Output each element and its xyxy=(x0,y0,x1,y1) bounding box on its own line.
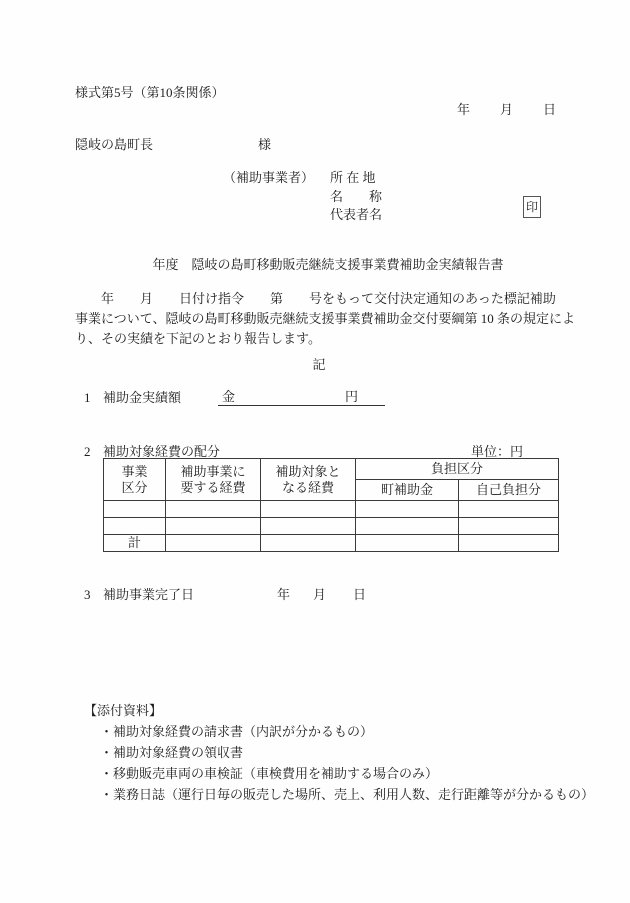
cell-eligible-expense-total xyxy=(261,535,356,552)
addressee-name: 隠岐の島町長 xyxy=(75,137,153,152)
amount-prefix: 金 xyxy=(222,388,235,405)
attachment-item: ・移動販売車両の車検証（車検費用を補助する場合のみ） xyxy=(100,765,438,782)
amount-suffix: 円 xyxy=(345,388,358,405)
cell-self-burden-total xyxy=(459,535,559,552)
header-town-subsidy: 町補助金 xyxy=(356,480,459,501)
table-total-row: 計 xyxy=(104,535,559,552)
amount-fill-in-blank: 金 円 xyxy=(218,388,385,406)
item-subsidy-actual-amount: 1 補助金実績額 金 円 xyxy=(0,389,630,409)
date-year-label: 年 xyxy=(457,101,470,118)
date-header: 年 月 日 xyxy=(457,101,556,118)
expense-allocation-table: 事業 区分 補助事業に 要する経費 補助対象と なる経費 負担区分 町補助金 自… xyxy=(103,458,559,552)
completion-year-label: 年 xyxy=(277,586,290,603)
header-business-category-line2: 区分 xyxy=(104,480,165,496)
header-business-category: 事業 区分 xyxy=(104,459,166,501)
item3-label: 補助事業完了日 xyxy=(103,586,194,603)
cell-town-subsidy-total xyxy=(356,535,459,552)
header-required-expense: 補助事業に 要する経費 xyxy=(166,459,261,501)
cell-self-burden xyxy=(459,518,559,535)
item1-number: 1 xyxy=(84,389,91,406)
body-paragraph: 年 月 日付け指令 第 号をもって交付決定通知のあった標記補助 事業について、隠… xyxy=(75,290,575,350)
report-form-page: 様式第5号（第10条関係） 年 月 日 隠岐の島町長 様 （補助事業者） 所 在… xyxy=(0,0,630,903)
applicant-label: （補助事業者） xyxy=(223,170,314,185)
attachment-item: ・補助対象経費の請求書（内訳が分かるもの） xyxy=(100,723,373,740)
body-line: 年 月 日付け指令 第 号をもって交付決定通知のあった標記補助 xyxy=(75,290,575,310)
completion-day-label: 日 xyxy=(353,586,366,603)
header-self-burden: 自己負担分 xyxy=(459,480,559,501)
body-line: 事業について、隠岐の島町移動販売継続支援事業費補助金交付要綱第 10 条の規定に… xyxy=(75,310,575,330)
seal-box: 印 xyxy=(523,196,541,218)
date-month-label: 月 xyxy=(500,101,513,118)
item-completion-date: 3 補助事業完了日 年 月 日 xyxy=(0,586,630,606)
attachment-item: ・補助対象経費の領収書 xyxy=(100,744,243,761)
attachment-item: ・業務日誌（運行日毎の販売した場所、売上、利用人数、走行距離等が分かるもの） xyxy=(100,786,594,803)
document-title: 年度 隠岐の島町移動販売継続支援事業費補助金実績報告書 xyxy=(0,256,630,273)
item1-label: 補助金実績額 xyxy=(103,389,181,406)
table-row xyxy=(104,501,559,518)
applicant-block: （補助事業者） 所 在 地 名 称 代表者名 xyxy=(223,169,314,225)
header-required-expense-line1: 補助事業に xyxy=(166,464,260,480)
cell-town-subsidy xyxy=(356,518,459,535)
completion-month-label: 月 xyxy=(313,586,326,603)
seal-label: 印 xyxy=(526,199,538,216)
applicant-address-label: 所 在 地 xyxy=(330,169,376,186)
cell-total-label: 計 xyxy=(104,535,166,552)
header-burden-category-group: 負担区分 xyxy=(356,459,559,480)
attachments-heading: 【添付資料】 xyxy=(84,702,162,719)
cell-town-subsidy xyxy=(356,501,459,518)
body-line: り、その実績を下記のとおり報告します。 xyxy=(75,330,575,350)
ki-heading: 記 xyxy=(0,356,630,373)
addressee-row: 隠岐の島町長 様 xyxy=(75,136,153,153)
table-row xyxy=(104,518,559,535)
header-eligible-expense: 補助対象と なる経費 xyxy=(261,459,356,501)
header-business-category-line1: 事業 xyxy=(104,464,165,480)
item2-number: 2 xyxy=(84,443,91,460)
addressee-honorific: 様 xyxy=(258,136,271,153)
cell-self-burden xyxy=(459,501,559,518)
cell-eligible-expense xyxy=(261,518,356,535)
header-required-expense-line2: 要する経費 xyxy=(166,480,260,496)
cell-required-expense xyxy=(166,518,261,535)
cell-eligible-expense xyxy=(261,501,356,518)
applicant-representative-label: 代表者名 xyxy=(330,206,382,223)
applicant-name-label: 名 称 xyxy=(330,188,382,205)
form-number: 様式第5号（第10条関係） xyxy=(75,84,225,101)
cell-required-expense xyxy=(166,501,261,518)
cell-category xyxy=(104,501,166,518)
cell-required-expense-total xyxy=(166,535,261,552)
item-expense-allocation: 2 補助対象経費の配分 単位：円 xyxy=(0,443,630,459)
date-day-label: 日 xyxy=(543,101,556,118)
item3-number: 3 xyxy=(84,586,91,603)
header-eligible-expense-line2: なる経費 xyxy=(261,480,355,496)
cell-category xyxy=(104,518,166,535)
header-eligible-expense-line1: 補助対象と xyxy=(261,464,355,480)
